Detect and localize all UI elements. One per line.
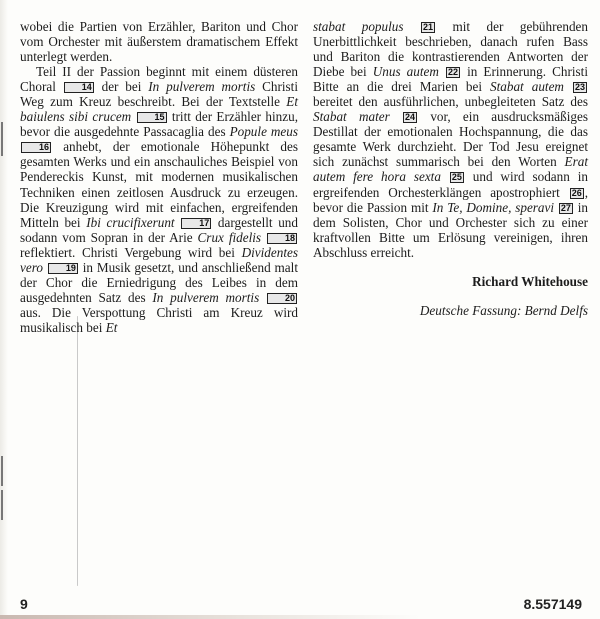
right-column: stabat populus 21 mit der gebührenden Un…: [313, 19, 588, 318]
author-signature: Richard Whitehouse: [313, 274, 588, 289]
work-title: In pulverem mortis: [152, 290, 259, 305]
work-title: stabat populus: [313, 19, 404, 34]
binding-mark: [1, 490, 3, 520]
work-title: Popule meus: [230, 124, 298, 139]
track-number-badge: 23: [573, 82, 587, 93]
work-title: In pulverem mortis: [148, 79, 255, 94]
track-number-badge: 27: [559, 203, 573, 214]
track-number-badge: 24: [403, 112, 417, 123]
track-number-badge: 18: [267, 233, 297, 244]
track-number-badge: 16: [21, 142, 51, 153]
paragraph-continued: stabat populus 21 mit der gebührenden Un…: [313, 19, 588, 260]
page-number: 9: [20, 596, 28, 612]
paragraph-intro: wobei die Partien von Erzähler, Bariton …: [20, 19, 298, 64]
work-title: Stabat autem: [490, 79, 564, 94]
binding-mark: [1, 456, 3, 486]
binding-mark: [1, 122, 3, 156]
track-number-badge: 19: [48, 263, 78, 274]
track-number-badge: 21: [421, 22, 435, 33]
track-number-badge: 17: [181, 218, 211, 229]
track-number-badge: 22: [446, 67, 460, 78]
scan-artifact-line: [77, 316, 78, 586]
page-edge-shadow: [0, 0, 8, 619]
work-title: Et: [106, 320, 118, 335]
work-title: Unus autem: [373, 64, 439, 79]
work-title: Ibi crucifixerunt: [86, 215, 174, 230]
left-column: wobei die Partien von Erzähler, Bariton …: [20, 19, 298, 335]
track-number-badge: 26: [570, 188, 584, 199]
track-number-badge: 20: [267, 293, 297, 304]
work-title: Crux fidelis: [198, 230, 262, 245]
catalogue-number: 8.557149: [524, 596, 582, 612]
paragraph-teil-ii: Teil II der Passion beginnt mit einem dü…: [20, 64, 298, 335]
track-number-badge: 15: [137, 112, 167, 123]
page-bottom-edge: [0, 615, 600, 619]
work-title: Stabat mater: [313, 109, 390, 124]
translation-credit: Deutsche Fassung: Bernd Delfs: [313, 303, 588, 318]
track-number-badge: 25: [450, 172, 464, 183]
track-number-badge: 14: [64, 82, 94, 93]
work-title: In Te, Domine, speravi: [432, 200, 554, 215]
